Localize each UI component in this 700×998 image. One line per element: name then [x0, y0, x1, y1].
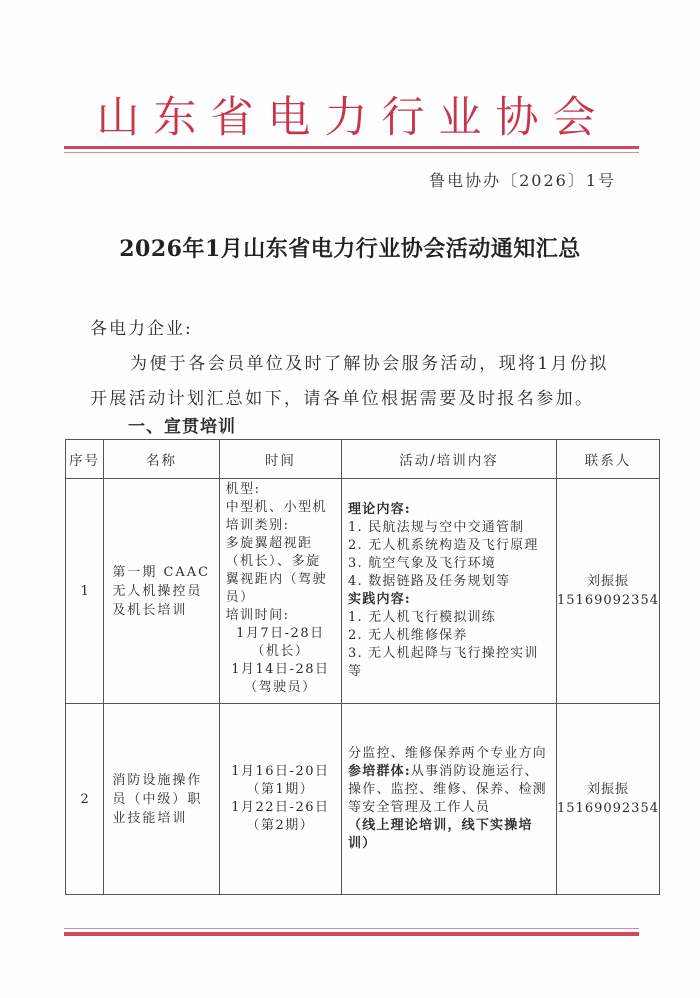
- header-time: 时间: [219, 440, 341, 479]
- activity-time: 机型: 中型机、小型机 培训类别: 多旋翼超视距 （机长）、多旋 翼视距内（驾驶…: [219, 479, 341, 704]
- activity-content: 理论内容: 1. 民航法规与空中交通管制 2. 无人机系统构造及飞行原理 3. …: [342, 479, 557, 704]
- header-contact: 联系人: [556, 440, 659, 479]
- intro-paragraph: 为便于各会员单位及时了解协会服务活动，现将1月份拟开展活动计划汇总如下，请各单位…: [90, 347, 610, 417]
- time-line: 翼视距内（驾驶: [226, 571, 335, 589]
- document-number: 鲁电协办〔2026〕1号: [429, 168, 616, 191]
- content-item: 分监控、维修保养两个专业方向: [348, 745, 550, 763]
- time-line: 培训时间:: [226, 607, 335, 625]
- header-name: 名称: [104, 440, 219, 479]
- content-item: 4. 数据链路及任务规划等: [348, 573, 550, 591]
- salutation: 各电力企业:: [90, 314, 193, 339]
- table-row: 2 消防设施操作员（中级）职业技能培训 1月16日-20日 （第1期） 1月22…: [66, 704, 660, 895]
- section-title: 一、宣贯培训: [128, 412, 236, 437]
- contact: 刘振振 15169092354: [556, 479, 659, 704]
- content-note: （线上理论培训，线下实操培训）: [348, 817, 550, 853]
- content-item: 1. 无人机飞行模拟训练: [348, 609, 550, 627]
- document-title: 2026年1月山东省电力行业协会活动通知汇总: [0, 232, 700, 263]
- time-range: 1月16日-20日: [226, 763, 335, 781]
- contact-phone: 15169092354: [557, 591, 659, 610]
- content-participants: 参培群体:从事消防设施运行、操作、监控、维修、保养、检测等安全管理及工作人员: [348, 763, 550, 817]
- time-line: 多旋翼超视距: [226, 535, 335, 553]
- time-range: 1月14日-28日: [226, 661, 335, 679]
- row-number: 2: [66, 704, 104, 895]
- table-header-row: 序号 名称 时间 活动/培训内容 联系人: [66, 440, 660, 479]
- content-item: 3. 航空气象及飞行环境: [348, 555, 550, 573]
- activity-name: 第一期 CAAC 无人机操控员及机长培训: [104, 479, 219, 704]
- content-item: 2. 无人机系统构造及飞行原理: [348, 537, 550, 555]
- content-heading: 理论内容:: [348, 501, 550, 519]
- activities-table: 序号 名称 时间 活动/培训内容 联系人 1 第一期 CAAC 无人机操控员及机…: [65, 439, 660, 895]
- content-item: 1. 民航法规与空中交通管制: [348, 519, 550, 537]
- time-line: 员）: [226, 589, 335, 607]
- table-row: 1 第一期 CAAC 无人机操控员及机长培训 机型: 中型机、小型机 培训类别:…: [66, 479, 660, 704]
- header-rule-thick: [64, 146, 639, 149]
- time-line: 培训类别:: [226, 517, 335, 535]
- contact: 刘振振 15169092354: [556, 704, 659, 895]
- time-role: （驾驶员）: [226, 679, 335, 697]
- footer-rule-thick: [64, 932, 639, 936]
- time-line: （机长）、多旋: [226, 553, 335, 571]
- content-heading: 实践内容:: [348, 591, 550, 609]
- time-line: 机型:: [226, 481, 335, 499]
- activity-time: 1月16日-20日 （第1期） 1月22日-26日 （第2期）: [219, 704, 341, 895]
- contact-name: 刘振振: [557, 780, 659, 799]
- time-range: 1月22日-26日: [226, 799, 335, 817]
- content-label: 参培群体:: [348, 764, 411, 779]
- contact-name: 刘振振: [557, 572, 659, 591]
- time-range: 1月7日-28日: [226, 625, 335, 643]
- organization-masthead: 山东省电力行业协会: [0, 93, 700, 143]
- contact-phone: 15169092354: [557, 799, 659, 818]
- header-content: 活动/培训内容: [342, 440, 557, 479]
- footer-rule-thin: [64, 928, 639, 929]
- content-item: 3. 无人机起降与飞行操控实训等: [348, 645, 550, 681]
- header-rule-thin: [64, 152, 639, 153]
- row-number: 1: [66, 479, 104, 704]
- activity-name: 消防设施操作员（中级）职业技能培训: [104, 704, 219, 895]
- activity-content: 分监控、维修保养两个专业方向 参培群体:从事消防设施运行、操作、监控、维修、保养…: [342, 704, 557, 895]
- content-item: 2. 无人机维修保养: [348, 627, 550, 645]
- time-session: （第1期）: [226, 781, 335, 799]
- time-line: 中型机、小型机: [226, 499, 335, 517]
- time-session: （第2期）: [226, 817, 335, 835]
- time-role: （机长）: [226, 643, 335, 661]
- header-no: 序号: [66, 440, 104, 479]
